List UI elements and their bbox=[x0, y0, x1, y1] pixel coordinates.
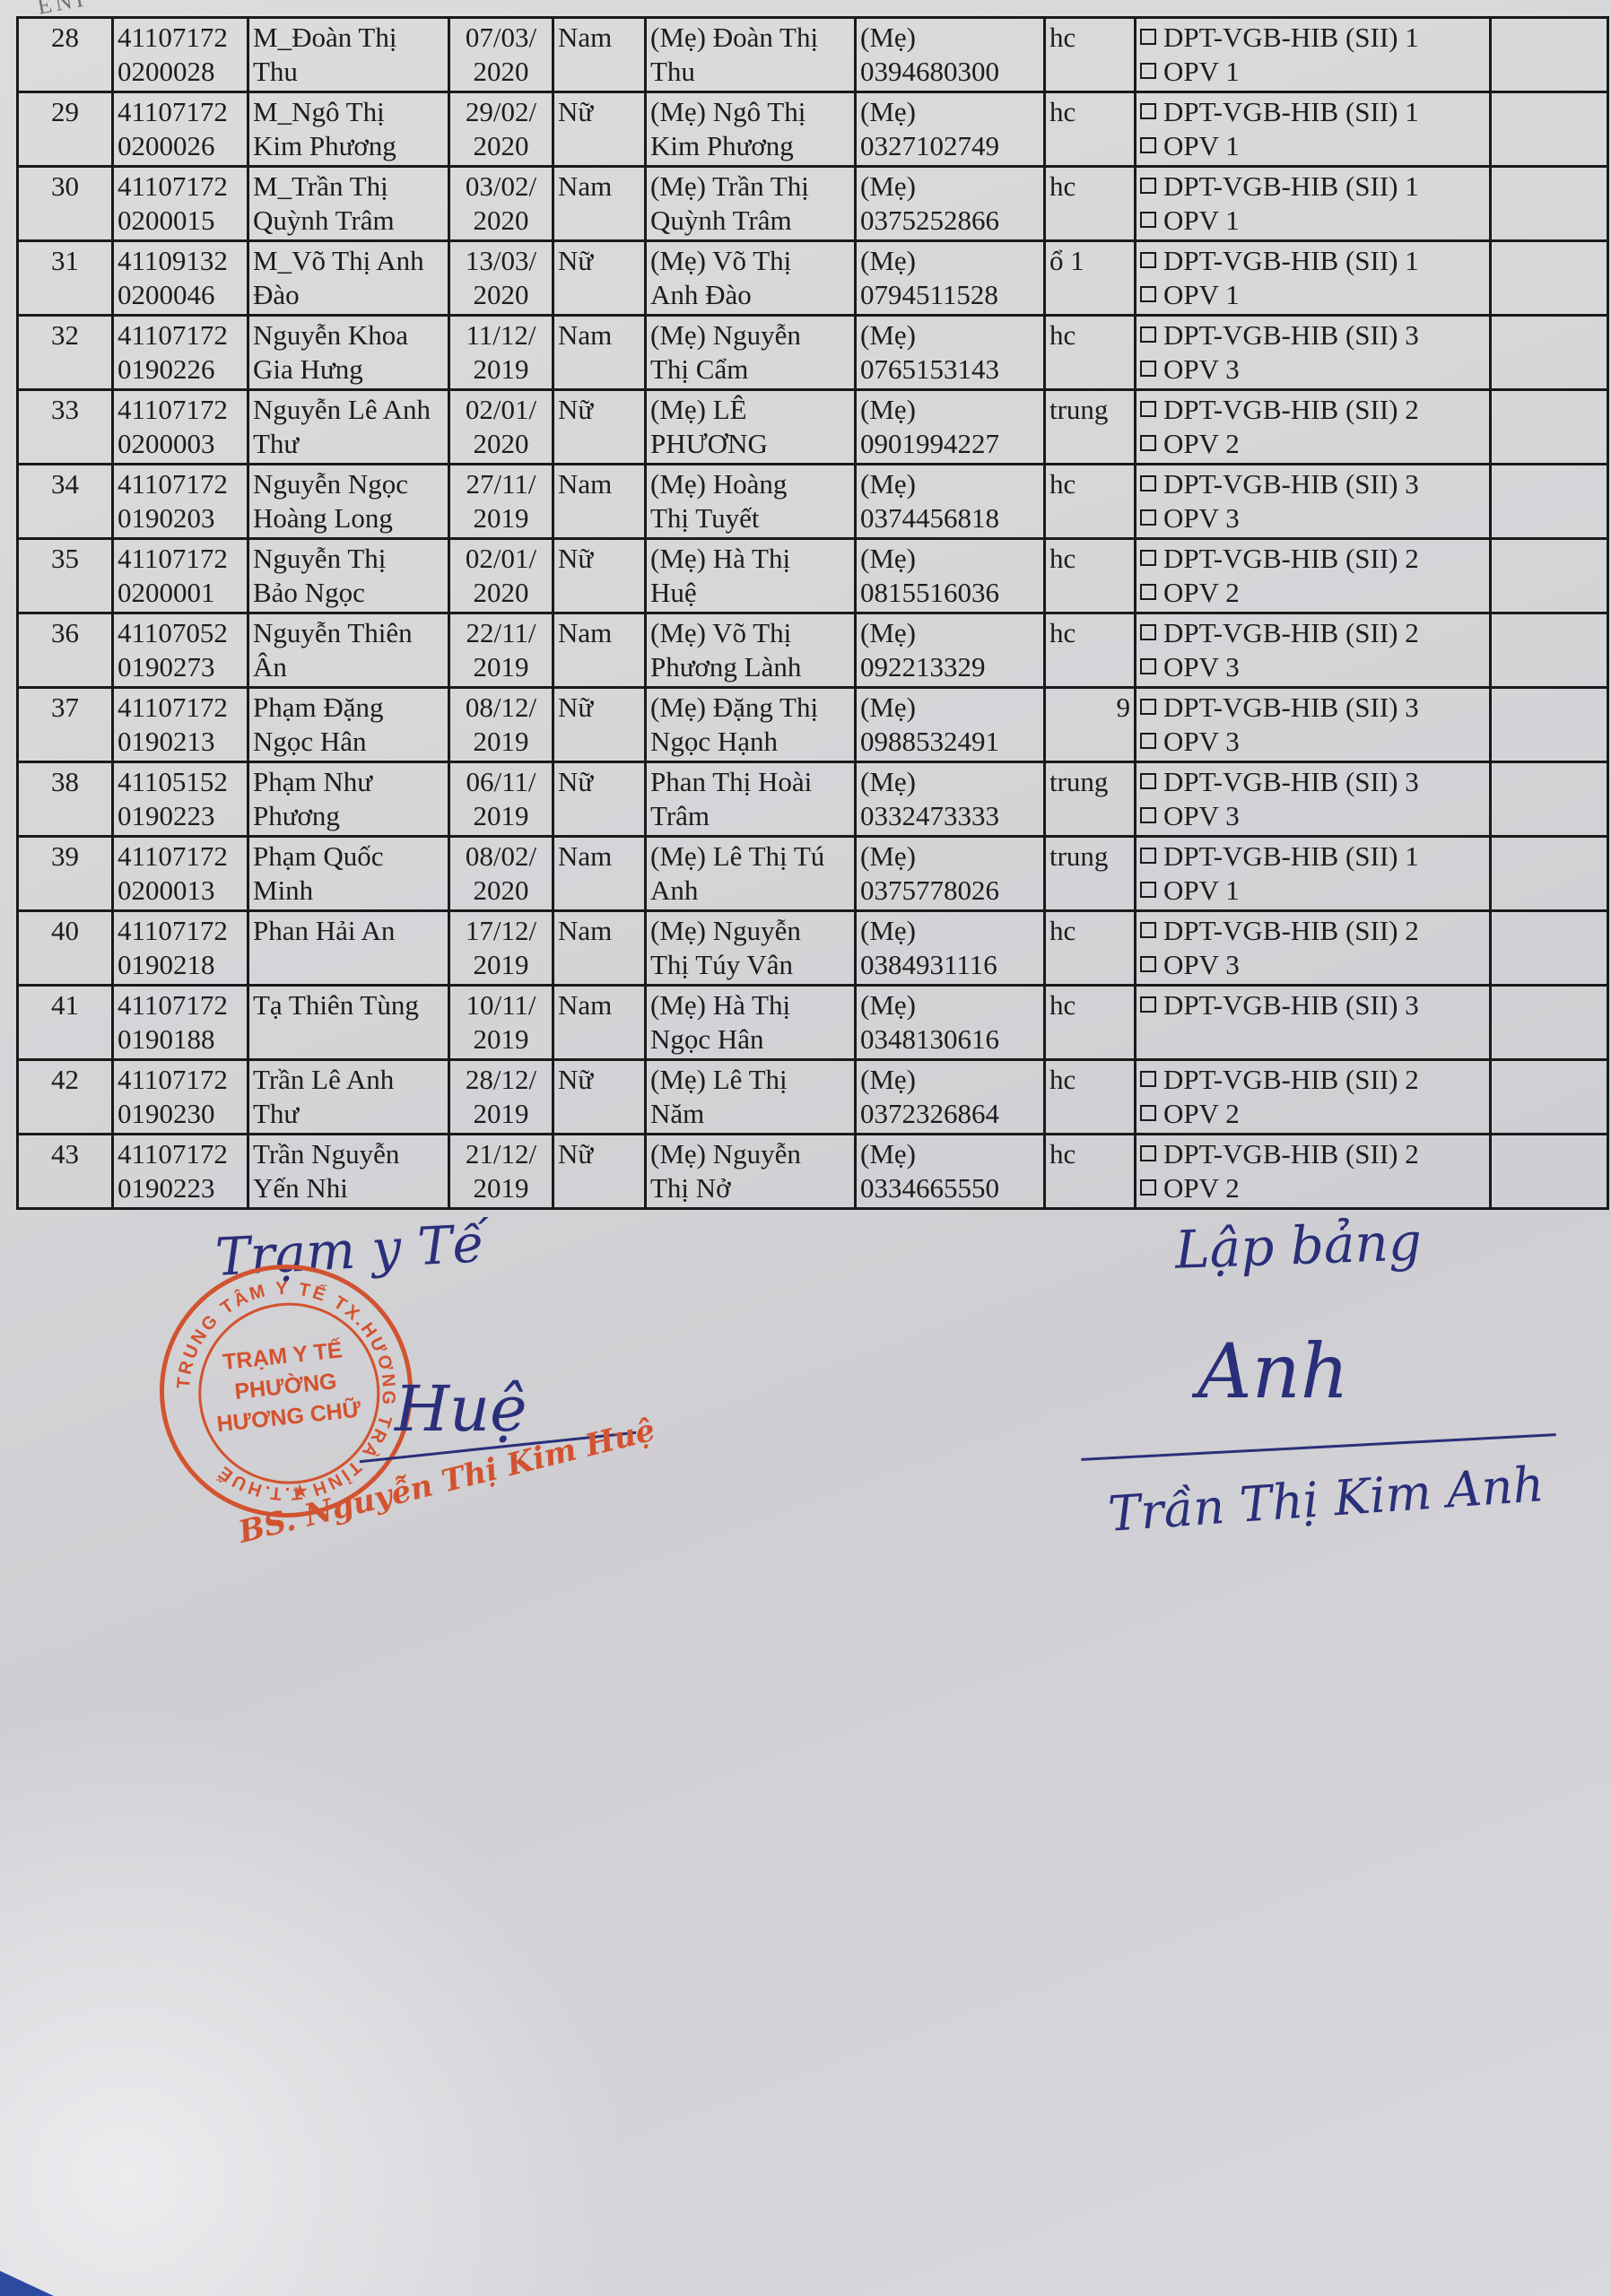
vaccines-line: OPV 3 bbox=[1140, 650, 1485, 684]
checkbox-icon bbox=[1140, 286, 1156, 302]
birth-date-line: 2020 bbox=[454, 427, 548, 461]
parent-name-line: Phan Thị Hoài bbox=[650, 765, 850, 799]
patient-code-line: 0190218 bbox=[118, 948, 243, 982]
vaccines-line: DPT-VGB-HIB (SII) 2 bbox=[1140, 616, 1485, 650]
vaccines-line: OPV 3 bbox=[1140, 799, 1485, 833]
parent-name-line: (Mẹ) Trần Thị bbox=[650, 170, 850, 204]
row-number-cell: 35 bbox=[18, 539, 113, 613]
vaccines-cell: DPT-VGB-HIB (SII) 1OPV 1 bbox=[1136, 837, 1491, 911]
phone-number-cell: (Mẹ)0988532491 bbox=[856, 688, 1045, 762]
birth-date-cell: 10/11/2019 bbox=[449, 986, 553, 1060]
child-name-line: Kim Phương bbox=[253, 129, 444, 163]
vaccine-label: DPT-VGB-HIB (SII) 1 bbox=[1163, 22, 1419, 53]
patient-code-line: 41107172 bbox=[118, 839, 243, 874]
row-number-cell: 42 bbox=[18, 1060, 113, 1135]
vaccine-label: DPT-VGB-HIB (SII) 1 bbox=[1163, 96, 1419, 127]
child-name-cell: Trần Lê AnhThư bbox=[248, 1060, 449, 1135]
gender-cell: Nam bbox=[553, 837, 646, 911]
checkbox-icon bbox=[1140, 996, 1156, 1013]
child-name-line: Hoàng Long bbox=[253, 501, 444, 535]
vaccine-label: OPV 3 bbox=[1163, 800, 1240, 831]
parent-name-line: Trâm bbox=[650, 799, 850, 833]
birth-date-line: 08/02/ bbox=[454, 839, 548, 874]
row-number-cell: 34 bbox=[18, 465, 113, 539]
child-name-line: Nguyễn Khoa bbox=[253, 318, 444, 352]
parent-name-cell: Phan Thị HoàiTrâm bbox=[646, 762, 856, 837]
birth-date-cell: 03/02/2020 bbox=[449, 167, 553, 241]
vaccines-line: DPT-VGB-HIB (SII) 3 bbox=[1140, 318, 1485, 352]
notes-cell bbox=[1491, 837, 1608, 911]
phone-number-line: 0375252866 bbox=[860, 204, 1040, 238]
left-signature: Huệ bbox=[395, 1372, 527, 1446]
address-cell: hc bbox=[1045, 539, 1136, 613]
birth-date-line: 21/12/ bbox=[454, 1137, 548, 1171]
phone-number-line: (Mẹ) bbox=[860, 21, 1040, 55]
checkbox-icon bbox=[1140, 658, 1156, 674]
vaccines-cell: DPT-VGB-HIB (SII) 3OPV 3 bbox=[1136, 762, 1491, 837]
vaccines-line: DPT-VGB-HIB (SII) 2 bbox=[1140, 542, 1485, 576]
table-row: 33411071720200003Nguyễn Lê AnhThư02/01/2… bbox=[18, 390, 1608, 465]
phone-number-line: (Mẹ) bbox=[860, 1063, 1040, 1097]
row-number-cell: 37 bbox=[18, 688, 113, 762]
phone-number-cell: (Mẹ)0815516036 bbox=[856, 539, 1045, 613]
child-name-line: Minh bbox=[253, 874, 444, 908]
gender-cell: Nam bbox=[553, 465, 646, 539]
vaccine-label: OPV 3 bbox=[1163, 949, 1240, 980]
birth-date-cell: 22/11/2019 bbox=[449, 613, 553, 688]
birth-date-line: 02/01/ bbox=[454, 542, 548, 576]
checkbox-icon bbox=[1140, 1179, 1156, 1196]
child-name-cell: M_Võ Thị AnhĐào bbox=[248, 241, 449, 316]
child-name-line: Phạm Đặng bbox=[253, 691, 444, 725]
phone-number-cell: (Mẹ)0348130616 bbox=[856, 986, 1045, 1060]
row-number-cell: 40 bbox=[18, 911, 113, 986]
patient-code-cell: 411071720190218 bbox=[113, 911, 248, 986]
child-name-line: Thư bbox=[253, 1097, 444, 1131]
row-number-cell: 30 bbox=[18, 167, 113, 241]
notes-cell bbox=[1491, 316, 1608, 390]
parent-name-line: (Mẹ) Hà Thị bbox=[650, 542, 850, 576]
child-name-line: Trần Nguyễn bbox=[253, 1137, 444, 1171]
patient-code-line: 0190226 bbox=[118, 352, 243, 387]
vaccine-label: DPT-VGB-HIB (SII) 1 bbox=[1163, 840, 1419, 872]
parent-name-line: (Mẹ) Nguyễn bbox=[650, 1137, 850, 1171]
birth-date-line: 29/02/ bbox=[454, 95, 548, 129]
checkbox-icon bbox=[1140, 178, 1156, 194]
row-number-cell: 38 bbox=[18, 762, 113, 837]
birth-date-line: 11/12/ bbox=[454, 318, 548, 352]
birth-date-line: 2020 bbox=[454, 576, 548, 610]
vaccines-line: OPV 3 bbox=[1140, 352, 1485, 387]
gender-cell: Nam bbox=[553, 18, 646, 92]
parent-name-line: (Mẹ) Hoàng bbox=[650, 467, 850, 501]
checkbox-icon bbox=[1140, 1071, 1156, 1087]
patient-code-cell: 411071720200013 bbox=[113, 837, 248, 911]
birth-date-line: 07/03/ bbox=[454, 21, 548, 55]
vaccine-label: DPT-VGB-HIB (SII) 2 bbox=[1163, 617, 1419, 648]
vaccines-cell: DPT-VGB-HIB (SII) 3OPV 3 bbox=[1136, 465, 1491, 539]
vaccines-line: OPV 1 bbox=[1140, 278, 1485, 312]
child-name-line: Nguyễn Thị bbox=[253, 542, 444, 576]
phone-number-cell: (Mẹ)092213329 bbox=[856, 613, 1045, 688]
phone-number-line: 0815516036 bbox=[860, 576, 1040, 610]
phone-number-line: 0384931116 bbox=[860, 948, 1040, 982]
patient-code-line: 0200013 bbox=[118, 874, 243, 908]
birth-date-line: 2019 bbox=[454, 1097, 548, 1131]
vaccines-cell: DPT-VGB-HIB (SII) 1OPV 1 bbox=[1136, 241, 1491, 316]
notes-cell bbox=[1491, 1060, 1608, 1135]
checkbox-icon bbox=[1140, 882, 1156, 898]
vaccines-cell: DPT-VGB-HIB (SII) 3OPV 3 bbox=[1136, 316, 1491, 390]
patient-code-cell: 411071720190188 bbox=[113, 986, 248, 1060]
phone-number-line: (Mẹ) bbox=[860, 1137, 1040, 1171]
phone-number-line: 092213329 bbox=[860, 650, 1040, 684]
birth-date-cell: 21/12/2019 bbox=[449, 1135, 553, 1209]
child-name-line: Nguyễn Thiên bbox=[253, 616, 444, 650]
address-cell: hc bbox=[1045, 911, 1136, 986]
checkbox-icon bbox=[1140, 1145, 1156, 1161]
birth-date-cell: 28/12/2019 bbox=[449, 1060, 553, 1135]
vaccines-cell: DPT-VGB-HIB (SII) 2OPV 2 bbox=[1136, 1060, 1491, 1135]
notes-cell bbox=[1491, 911, 1608, 986]
phone-number-cell: (Mẹ)0394680300 bbox=[856, 18, 1045, 92]
phone-number-line: (Mẹ) bbox=[860, 170, 1040, 204]
checkbox-icon bbox=[1140, 63, 1156, 79]
gender-cell: Nam bbox=[553, 613, 646, 688]
table-row: 40411071720190218Phan Hải An17/12/2019Na… bbox=[18, 911, 1608, 986]
row-number-cell: 29 bbox=[18, 92, 113, 167]
child-name-cell: Nguyễn ThịBảo Ngọc bbox=[248, 539, 449, 613]
birth-date-line: 2019 bbox=[454, 725, 548, 759]
gender-cell: Nữ bbox=[553, 688, 646, 762]
birth-date-line: 2019 bbox=[454, 799, 548, 833]
address-cell: 9 bbox=[1045, 688, 1136, 762]
patient-code-line: 41107172 bbox=[118, 691, 243, 725]
patient-code-line: 41107172 bbox=[118, 318, 243, 352]
vaccines-line: DPT-VGB-HIB (SII) 3 bbox=[1140, 467, 1485, 501]
table-row: 39411071720200013Phạm QuốcMinh08/02/2020… bbox=[18, 837, 1608, 911]
phone-number-line: 0394680300 bbox=[860, 55, 1040, 89]
phone-number-line: (Mẹ) bbox=[860, 691, 1040, 725]
phone-number-cell: (Mẹ)0384931116 bbox=[856, 911, 1045, 986]
child-name-line: Phạm Quốc bbox=[253, 839, 444, 874]
vaccine-label: DPT-VGB-HIB (SII) 3 bbox=[1163, 766, 1419, 797]
vaccine-label: OPV 3 bbox=[1163, 502, 1240, 534]
address-cell: hc bbox=[1045, 986, 1136, 1060]
child-name-line: Nguyễn Lê Anh bbox=[253, 393, 444, 427]
vaccine-label: DPT-VGB-HIB (SII) 1 bbox=[1163, 170, 1419, 202]
phone-number-line: 0348130616 bbox=[860, 1022, 1040, 1057]
patient-code-line: 0200046 bbox=[118, 278, 243, 312]
patient-code-cell: 411071720200003 bbox=[113, 390, 248, 465]
patient-code-cell: 411071720200015 bbox=[113, 167, 248, 241]
notes-cell bbox=[1491, 390, 1608, 465]
checkbox-icon bbox=[1140, 807, 1156, 823]
child-name-line: Trần Lê Anh bbox=[253, 1063, 444, 1097]
birth-date-line: 2020 bbox=[454, 204, 548, 238]
vaccines-line: DPT-VGB-HIB (SII) 2 bbox=[1140, 1137, 1485, 1171]
address-cell: hc bbox=[1045, 316, 1136, 390]
checkbox-icon bbox=[1140, 212, 1156, 228]
phone-number-line: 0375778026 bbox=[860, 874, 1040, 908]
checkbox-icon bbox=[1140, 29, 1156, 45]
phone-number-cell: (Mẹ)0332473333 bbox=[856, 762, 1045, 837]
parent-name-cell: (Mẹ) Hà ThịHuệ bbox=[646, 539, 856, 613]
birth-date-line: 10/11/ bbox=[454, 988, 548, 1022]
birth-date-cell: 06/11/2019 bbox=[449, 762, 553, 837]
child-name-cell: Phan Hải An bbox=[248, 911, 449, 986]
vaccines-line: DPT-VGB-HIB (SII) 1 bbox=[1140, 244, 1485, 278]
gender-cell: Nam bbox=[553, 316, 646, 390]
vaccine-label: OPV 2 bbox=[1163, 577, 1240, 608]
parent-name-cell: (Mẹ) Đặng ThịNgọc Hạnh bbox=[646, 688, 856, 762]
birth-date-cell: 08/02/2020 bbox=[449, 837, 553, 911]
gender-cell: Nữ bbox=[553, 1060, 646, 1135]
parent-name-line: Kim Phương bbox=[650, 129, 850, 163]
child-name-cell: M_Trần ThịQuỳnh Trâm bbox=[248, 167, 449, 241]
patient-code-cell: 411071720190223 bbox=[113, 1135, 248, 1209]
table-row: 41411071720190188Tạ Thiên Tùng10/11/2019… bbox=[18, 986, 1608, 1060]
birth-date-line: 2019 bbox=[454, 501, 548, 535]
phone-number-cell: (Mẹ)0374456818 bbox=[856, 465, 1045, 539]
row-number-cell: 41 bbox=[18, 986, 113, 1060]
child-name-cell: M_Ngô ThịKim Phương bbox=[248, 92, 449, 167]
birth-date-line: 03/02/ bbox=[454, 170, 548, 204]
parent-name-line: Phương Lành bbox=[650, 650, 850, 684]
patient-code-line: 41107172 bbox=[118, 393, 243, 427]
gender-cell: Nữ bbox=[553, 92, 646, 167]
vaccines-cell: DPT-VGB-HIB (SII) 1OPV 1 bbox=[1136, 167, 1491, 241]
gender-cell: Nữ bbox=[553, 241, 646, 316]
phone-number-cell: (Mẹ)0375252866 bbox=[856, 167, 1045, 241]
parent-name-line: (Mẹ) Võ Thị bbox=[650, 616, 850, 650]
right-signature: Anh bbox=[1197, 1327, 1349, 1415]
vaccine-label: OPV 3 bbox=[1163, 726, 1240, 757]
birth-date-line: 22/11/ bbox=[454, 616, 548, 650]
parent-name-line: (Mẹ) Đặng Thị bbox=[650, 691, 850, 725]
vaccine-label: DPT-VGB-HIB (SII) 3 bbox=[1163, 319, 1419, 351]
phone-number-line: (Mẹ) bbox=[860, 988, 1040, 1022]
child-name-line: M_Trần Thị bbox=[253, 170, 444, 204]
address-cell: trung bbox=[1045, 837, 1136, 911]
birth-date-line: 28/12/ bbox=[454, 1063, 548, 1097]
patient-code-line: 41107052 bbox=[118, 616, 243, 650]
address-cell: ổ 1 bbox=[1045, 241, 1136, 316]
table-row: 32411071720190226Nguyễn KhoaGia Hưng11/1… bbox=[18, 316, 1608, 390]
notes-cell bbox=[1491, 241, 1608, 316]
birth-date-line: 17/12/ bbox=[454, 914, 548, 948]
phone-number-cell: (Mẹ)0901994227 bbox=[856, 390, 1045, 465]
phone-number-line: (Mẹ) bbox=[860, 914, 1040, 948]
checkbox-icon bbox=[1140, 848, 1156, 864]
birth-date-line: 2019 bbox=[454, 650, 548, 684]
birth-date-cell: 02/01/2020 bbox=[449, 539, 553, 613]
vaccine-label: OPV 1 bbox=[1163, 130, 1240, 161]
patient-code-line: 0190230 bbox=[118, 1097, 243, 1131]
vaccine-label: DPT-VGB-HIB (SII) 2 bbox=[1163, 1138, 1419, 1170]
row-number-cell: 39 bbox=[18, 837, 113, 911]
notes-cell bbox=[1491, 613, 1608, 688]
parent-name-line: (Mẹ) Lê Thị Tú bbox=[650, 839, 850, 874]
checkbox-icon bbox=[1140, 137, 1156, 153]
patient-code-line: 0200015 bbox=[118, 204, 243, 238]
vaccines-line: DPT-VGB-HIB (SII) 2 bbox=[1140, 914, 1485, 948]
table-row: 38411051520190223Phạm NhưPhương06/11/201… bbox=[18, 762, 1608, 837]
parent-name-line: Thị Túy Vân bbox=[650, 948, 850, 982]
patient-code-cell: 411071720190203 bbox=[113, 465, 248, 539]
patient-code-line: 0190188 bbox=[118, 1022, 243, 1057]
vaccines-line: OPV 1 bbox=[1140, 129, 1485, 163]
birth-date-line: 2020 bbox=[454, 55, 548, 89]
address-cell: trung bbox=[1045, 390, 1136, 465]
parent-name-cell: (Mẹ) HoàngThị Tuyết bbox=[646, 465, 856, 539]
birth-date-line: 06/11/ bbox=[454, 765, 548, 799]
parent-name-line: (Mẹ) Nguyễn bbox=[650, 914, 850, 948]
parent-name-line: (Mẹ) Võ Thị bbox=[650, 244, 850, 278]
parent-name-cell: (Mẹ) Trần ThịQuỳnh Trâm bbox=[646, 167, 856, 241]
birth-date-line: 2020 bbox=[454, 129, 548, 163]
parent-name-line: Anh Đào bbox=[650, 278, 850, 312]
vaccines-cell: DPT-VGB-HIB (SII) 2OPV 3 bbox=[1136, 613, 1491, 688]
gender-cell: Nữ bbox=[553, 390, 646, 465]
parent-name-cell: (Mẹ) Lê Thị TúAnh bbox=[646, 837, 856, 911]
parent-name-cell: (Mẹ) LÊPHƯƠNG bbox=[646, 390, 856, 465]
row-number-cell: 33 bbox=[18, 390, 113, 465]
phone-number-cell: (Mẹ)0794511528 bbox=[856, 241, 1045, 316]
child-name-cell: Trần NguyễnYến Nhi bbox=[248, 1135, 449, 1209]
vaccine-label: OPV 3 bbox=[1163, 353, 1240, 385]
table-row: 29411071720200026M_Ngô ThịKim Phương29/0… bbox=[18, 92, 1608, 167]
patient-code-cell: 411071720190226 bbox=[113, 316, 248, 390]
parent-name-cell: (Mẹ) NguyễnThị Nở bbox=[646, 1135, 856, 1209]
vaccines-line: OPV 2 bbox=[1140, 1097, 1485, 1131]
patient-code-line: 0190213 bbox=[118, 725, 243, 759]
birth-date-line: 2020 bbox=[454, 278, 548, 312]
vaccine-label: DPT-VGB-HIB (SII) 2 bbox=[1163, 543, 1419, 574]
parent-name-line: (Mẹ) Ngô Thị bbox=[650, 95, 850, 129]
vaccine-label: OPV 3 bbox=[1163, 651, 1240, 683]
birth-date-cell: 17/12/2019 bbox=[449, 911, 553, 986]
checkbox-icon bbox=[1140, 733, 1156, 749]
birth-date-line: 27/11/ bbox=[454, 467, 548, 501]
parent-name-line: Năm bbox=[650, 1097, 850, 1131]
checkbox-icon bbox=[1140, 509, 1156, 526]
vaccine-label: DPT-VGB-HIB (SII) 2 bbox=[1163, 394, 1419, 425]
patient-code-line: 41109132 bbox=[118, 244, 243, 278]
vaccines-cell: DPT-VGB-HIB (SII) 3 bbox=[1136, 986, 1491, 1060]
child-name-line: M_Ngô Thị bbox=[253, 95, 444, 129]
child-name-cell: M_Đoàn ThịThu bbox=[248, 18, 449, 92]
patient-code-line: 41107172 bbox=[118, 1063, 243, 1097]
paper-fold-highlight bbox=[0, 1704, 628, 2296]
patient-code-line: 0200028 bbox=[118, 55, 243, 89]
patient-code-line: 41107172 bbox=[118, 467, 243, 501]
table-row: 42411071720190230Trần Lê AnhThư28/12/201… bbox=[18, 1060, 1608, 1135]
parent-name-line: (Mẹ) Hà Thị bbox=[650, 988, 850, 1022]
vaccines-line: OPV 2 bbox=[1140, 576, 1485, 610]
birth-date-cell: 13/03/2020 bbox=[449, 241, 553, 316]
checkbox-icon bbox=[1140, 435, 1156, 451]
child-name-line: M_Võ Thị Anh bbox=[253, 244, 444, 278]
patient-code-line: 41107172 bbox=[118, 988, 243, 1022]
patient-code-line: 0200001 bbox=[118, 576, 243, 610]
birth-date-cell: 27/11/2019 bbox=[449, 465, 553, 539]
phone-number-line: 0327102749 bbox=[860, 129, 1040, 163]
child-name-cell: Nguyễn ThiênÂn bbox=[248, 613, 449, 688]
address-cell: hc bbox=[1045, 1135, 1136, 1209]
child-name-cell: Nguyễn KhoaGia Hưng bbox=[248, 316, 449, 390]
vaccine-label: OPV 2 bbox=[1163, 428, 1240, 459]
vaccines-line: DPT-VGB-HIB (SII) 1 bbox=[1140, 21, 1485, 55]
birth-date-line: 2019 bbox=[454, 1171, 548, 1205]
checkbox-icon bbox=[1140, 584, 1156, 600]
child-name-cell: Phạm ĐặngNgọc Hân bbox=[248, 688, 449, 762]
vaccine-label: OPV 2 bbox=[1163, 1172, 1240, 1204]
table-row: 37411071720190213Phạm ĐặngNgọc Hân08/12/… bbox=[18, 688, 1608, 762]
patient-code-line: 41107172 bbox=[118, 95, 243, 129]
vaccines-line: OPV 3 bbox=[1140, 725, 1485, 759]
checkbox-icon bbox=[1140, 624, 1156, 640]
parent-name-line: Thị Cẩm bbox=[650, 352, 850, 387]
vaccines-cell: DPT-VGB-HIB (SII) 2OPV 2 bbox=[1136, 390, 1491, 465]
phone-number-cell: (Mẹ)0765153143 bbox=[856, 316, 1045, 390]
vaccines-line: DPT-VGB-HIB (SII) 3 bbox=[1140, 691, 1485, 725]
notes-cell bbox=[1491, 92, 1608, 167]
vaccine-label: OPV 1 bbox=[1163, 874, 1240, 906]
phone-number-line: 0794511528 bbox=[860, 278, 1040, 312]
vaccines-cell: DPT-VGB-HIB (SII) 2OPV 3 bbox=[1136, 911, 1491, 986]
parent-name-line: (Mẹ) Đoàn Thị bbox=[650, 21, 850, 55]
birth-date-line: 13/03/ bbox=[454, 244, 548, 278]
patient-code-cell: 411071720190230 bbox=[113, 1060, 248, 1135]
patient-code-line: 41105152 bbox=[118, 765, 243, 799]
phone-number-line: 0901994227 bbox=[860, 427, 1040, 461]
gender-cell: Nam bbox=[553, 167, 646, 241]
parent-name-cell: (Mẹ) NguyễnThị Túy Vân bbox=[646, 911, 856, 986]
child-name-line: M_Đoàn Thị bbox=[253, 21, 444, 55]
checkbox-icon bbox=[1140, 699, 1156, 715]
child-name-line: Quỳnh Trâm bbox=[253, 204, 444, 238]
patient-code-cell: 411071720200028 bbox=[113, 18, 248, 92]
child-name-line: Đào bbox=[253, 278, 444, 312]
right-signature-line bbox=[1081, 1433, 1555, 1461]
checkbox-icon bbox=[1140, 326, 1156, 343]
birth-date-cell: 07/03/2020 bbox=[449, 18, 553, 92]
parent-name-line: (Mẹ) LÊ bbox=[650, 393, 850, 427]
parent-name-line: Thu bbox=[650, 55, 850, 89]
patient-code-line: 0200026 bbox=[118, 129, 243, 163]
birth-date-line: 2019 bbox=[454, 352, 548, 387]
notes-cell bbox=[1491, 1135, 1608, 1209]
notes-cell bbox=[1491, 762, 1608, 837]
phone-number-cell: (Mẹ)0372326864 bbox=[856, 1060, 1045, 1135]
checkbox-icon bbox=[1140, 956, 1156, 972]
vaccines-line: DPT-VGB-HIB (SII) 1 bbox=[1140, 170, 1485, 204]
child-name-line: Ngọc Hân bbox=[253, 725, 444, 759]
vaccine-label: OPV 1 bbox=[1163, 279, 1240, 310]
vaccine-label: OPV 2 bbox=[1163, 1098, 1240, 1129]
parent-name-line: PHƯƠNG bbox=[650, 427, 850, 461]
parent-name-line: (Mẹ) Nguyễn bbox=[650, 318, 850, 352]
patient-code-line: 41107172 bbox=[118, 1137, 243, 1171]
phone-number-line: (Mẹ) bbox=[860, 542, 1040, 576]
vaccine-label: DPT-VGB-HIB (SII) 3 bbox=[1163, 989, 1419, 1021]
parent-name-cell: (Mẹ) NguyễnThị Cẩm bbox=[646, 316, 856, 390]
vaccines-line: OPV 2 bbox=[1140, 427, 1485, 461]
patient-code-line: 41107172 bbox=[118, 542, 243, 576]
vaccines-cell: DPT-VGB-HIB (SII) 1OPV 1 bbox=[1136, 18, 1491, 92]
notes-cell bbox=[1491, 167, 1608, 241]
